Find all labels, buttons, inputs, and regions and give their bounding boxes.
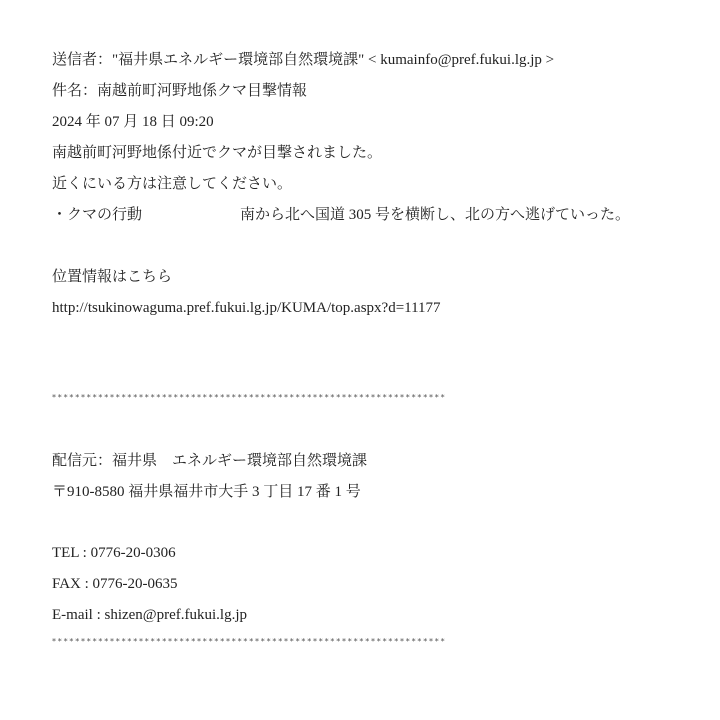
sender-label: 送信者： (52, 52, 112, 68)
separator-bottom: ****************************************… (52, 636, 562, 648)
sighting-text: 南越前町河野地係付近でクマが目撃されました。 (52, 143, 382, 163)
behavior-text: 南から北へ国道 305 号を横断し、北の方へ逃げていった。 (240, 205, 630, 225)
location-url-link[interactable]: http://tsukinowaguma.pref.fukui.lg.jp/KU… (52, 300, 441, 316)
distributor-text: 配信元：福井県 エネルギー環境部自然環境課 (52, 451, 367, 471)
separator-top: ****************************************… (52, 392, 562, 404)
sender-name: "福井県エネルギー環境部自然環境課" (112, 52, 364, 68)
email-contact-text: E-mail : shizen@pref.fukui.lg.jp (52, 605, 247, 625)
fax-text: FAX : 0776-20-0635 (52, 574, 178, 594)
tel-text: TEL : 0776-20-0306 (52, 543, 176, 563)
subject-label: 件名： (52, 83, 97, 99)
date-line: 2024 年 07 月 18 日 09:20 (52, 112, 214, 132)
location-label: 位置情報はこちら (52, 267, 172, 287)
sender-line: 送信者："福井県エネルギー環境部自然環境課" < kumainfo@pref.f… (52, 50, 554, 70)
address-text: 〒910-8580 福井県福井市大手 3 丁目 17 番 1 号 (52, 482, 361, 502)
caution-text: 近くにいる方は注意してください。 (52, 174, 292, 194)
subject-line: 件名：南越前町河野地係クマ目撃情報 (52, 81, 307, 101)
subject-text: 南越前町河野地係クマ目撃情報 (97, 83, 307, 99)
behavior-label: ・クマの行動 (52, 205, 142, 225)
location-link-line: http://tsukinowaguma.pref.fukui.lg.jp/KU… (52, 298, 441, 318)
sender-address: < kumainfo@pref.fukui.lg.jp > (364, 52, 554, 68)
